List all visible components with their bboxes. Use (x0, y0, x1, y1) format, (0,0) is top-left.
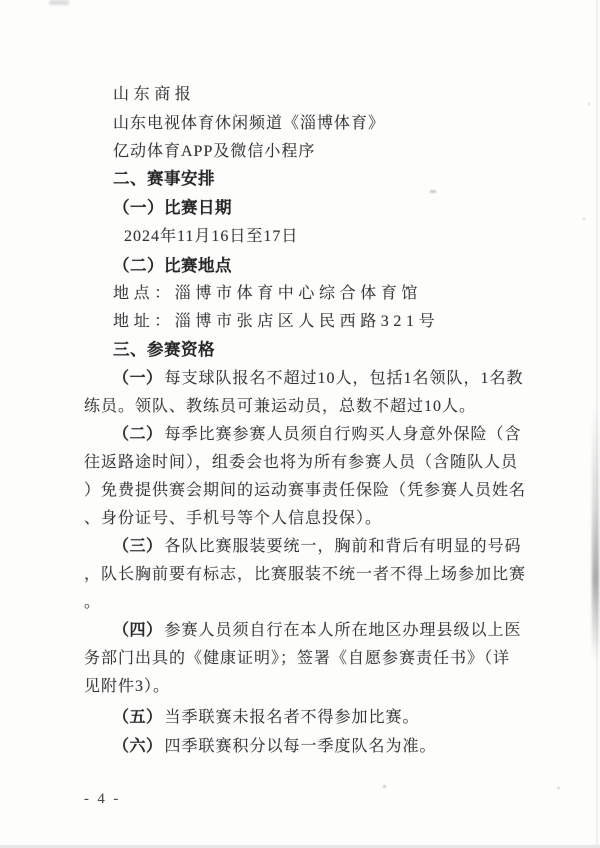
eligibility-item-2-line: ）免费提供赛会期间的运动赛事责任保险（凭参赛人员姓名 (84, 481, 526, 501)
scan-smudge-right (592, 403, 599, 661)
match-date: 2024年11月16日至17日 (124, 227, 298, 247)
venue-address: 地址：淄博市张店区人民西路321号 (113, 312, 439, 332)
item-marker: （一） (113, 370, 163, 387)
heading-match-venue: （二）比赛地点 (113, 256, 232, 276)
scan-mark-topleft (49, 0, 69, 5)
item-marker: （六） (113, 738, 163, 755)
media-name: 山东商报 (113, 86, 195, 103)
heading-match-date: （一）比赛日期 (113, 198, 232, 218)
scan-speck (383, 785, 386, 788)
eligibility-item-1-line: 练员。领队、教练员可兼运动员，总数不超过10人。 (84, 397, 476, 417)
media-list-item: 山东电视体育休闲频道《淄博体育》 (113, 114, 385, 134)
media-list-item: 亿动体育APP及微信小程序 (113, 142, 315, 162)
heading-eligibility: 三、参赛资格 (113, 340, 215, 360)
scan-speck (430, 190, 436, 193)
eligibility-item-4-line: （四）参赛人员须自行在本人所在地区办理县级以上医 (113, 621, 522, 641)
eligibility-item-6-line: （六）四季联赛积分以每一季度队名为准。 (113, 737, 437, 757)
scanned-document-page: 山东商报 山东电视体育休闲频道《淄博体育》 亿动体育APP及微信小程序 二、赛事… (0, 0, 600, 848)
scan-speck (557, 787, 560, 789)
eligibility-item-5-line: （五）当季联赛未报名者不得参加比赛。 (113, 708, 420, 728)
media-name: 山东电视体育休闲频道《淄博体育》 (113, 115, 385, 132)
item-marker: （四） (113, 622, 163, 639)
eligibility-item-3-line: 。 (84, 593, 101, 613)
eligibility-item-2-line: 、身份证号、手机号等个人信息投保）。 (84, 509, 382, 529)
venue-name: 地点：淄博市体育中心综合体育馆 (113, 284, 422, 304)
heading-event-arrangement: 二、赛事安排 (113, 169, 215, 189)
media-name: 亿动体育APP及微信小程序 (113, 143, 315, 160)
eligibility-item-1-line: （一）每支球队报名不超过10人，包括1名领队，1名教 (113, 369, 524, 389)
eligibility-item-3-line: （三）各队比赛服装要统一，胸前和背后有明显的号码 (113, 537, 522, 557)
media-list-item: 山东商报 (113, 85, 195, 105)
item-marker: （二） (113, 426, 163, 443)
eligibility-item-4-line: 见附件3）。 (84, 677, 170, 697)
eligibility-item-4-line: 务部门出具的《健康证明》；签署《自愿参赛责任书》（详 (84, 649, 510, 669)
scan-speck (583, 218, 585, 220)
scan-speck (588, 103, 590, 105)
eligibility-item-2-line: （二）每季比赛参赛人员须自行购买人身意外保险（含 (113, 425, 522, 445)
eligibility-item-3-line: ，队长胸前要有标志，比赛服装不统一者不得上场参加比赛 (84, 565, 526, 585)
eligibility-item-2-line: 往返路途时间），组委会也将为所有参赛人员（含随队人员 (84, 453, 518, 473)
page-number: - 4 - (84, 791, 121, 808)
item-marker: （三） (113, 538, 163, 555)
item-marker: （五） (113, 709, 163, 726)
